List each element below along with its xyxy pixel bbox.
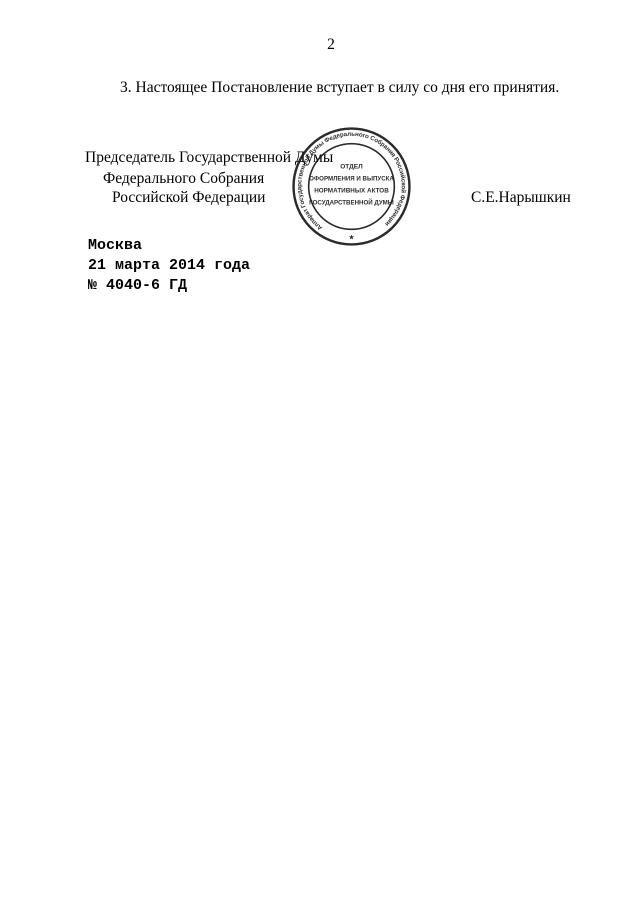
date-line: 21 марта 2014 года [88, 256, 250, 276]
stamp-center-line-3: НОРМАТИВНЫХ АКТОВ [314, 188, 389, 195]
document-number-line: № 4040-6 ГД [88, 276, 250, 296]
signature-title-line-2: Федерального Собрания [103, 171, 264, 187]
page-number: 2 [0, 37, 640, 53]
stamp-outer-ring [294, 129, 410, 245]
stamp-center-line-2: ОФОРМЛЕНИЯ И ВЫПУСКА [309, 175, 394, 182]
official-stamp-seal: Аппарат Государственной Думы Федеральног… [289, 124, 414, 249]
signature-title-line-3: Российской Федерации [112, 190, 265, 206]
stamp-center-line-1: ОТДЕЛ [340, 163, 363, 170]
stamp-center-line-4: ГОСУДАРСТВЕННОЙ ДУМЫ [309, 198, 394, 207]
signer-name: С.Е.Нарышкин [471, 190, 571, 206]
document-page: 2 3. Настоящее Постановление вступает в … [0, 0, 640, 905]
place-date-number-block: Москва 21 марта 2014 года № 4040-6 ГД [88, 236, 250, 296]
city-line: Москва [88, 236, 250, 256]
body-paragraph: 3. Настоящее Постановление вступает в си… [120, 80, 559, 96]
stamp-inner-ring [309, 144, 395, 230]
stamp-star-icon: ★ [348, 232, 354, 241]
